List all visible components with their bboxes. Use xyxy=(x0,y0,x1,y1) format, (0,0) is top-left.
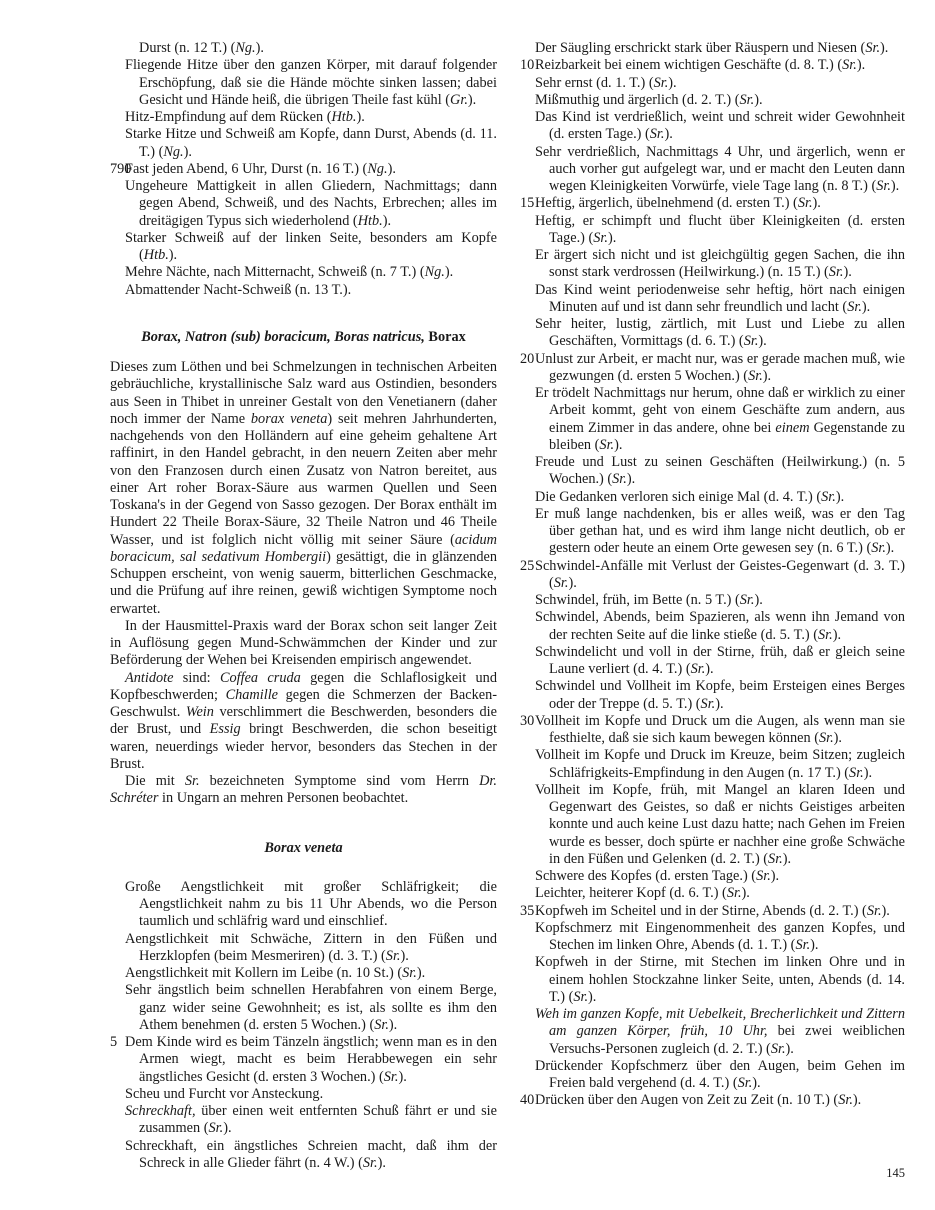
symptom-entry: Weh im ganzen Kopfe, mit Uebelkeit, Brec… xyxy=(520,1006,905,1058)
symptom-entry: Mehre Nächte, nach Mitternacht, Schweiß … xyxy=(110,264,497,281)
entry-text: Das Kind ist verdrießlich, weint und sch… xyxy=(535,109,905,142)
symptom-entry: Schwindel und Vollheit im Kopfe, beim Er… xyxy=(520,678,905,713)
entry-text: Er trödelt Nachmittags nur herum, ohne d… xyxy=(535,385,905,453)
symptom-entry-numbered: 25Schwindel-Anfälle mit Verlust der Geis… xyxy=(520,558,905,593)
entry-text: Freude und Lust zu seinen Geschäften (He… xyxy=(535,454,905,487)
symptom-entry-numbered: 15Heftig, ärgerlich, übelnehmend (d. ers… xyxy=(520,195,905,212)
entry-text: Starke Hitze und Schweiß am Kopfe, dann … xyxy=(125,126,497,159)
entry-number: 5 xyxy=(110,1034,117,1051)
symptom-list: Der Säugling erschrickt stark über Räusp… xyxy=(520,40,905,1110)
heading-common-name: Borax xyxy=(428,329,465,345)
entry-text: Weh im ganzen Kopfe, mit Uebelkeit, Brec… xyxy=(535,1006,905,1057)
symptom-entry: Abmattender Nacht-Schweiß (n. 13 T.). xyxy=(110,282,497,299)
entry-text: Aengstlichkeit mit Kollern im Leibe (n. … xyxy=(125,965,425,981)
entry-text: Ungeheure Mattigkeit in allen Gliedern, … xyxy=(125,178,497,229)
symptom-entry: Schwindel, Abends, beim Spazieren, als w… xyxy=(520,609,905,644)
entry-text: Reizbarkeit bei einem wichtigen Geschäft… xyxy=(535,57,865,73)
symptom-entry: Er muß lange nachdenken, bis er alles we… xyxy=(520,506,905,558)
entry-text: Leichter, heiterer Kopf (d. 6. T.) (Sr.)… xyxy=(535,885,750,901)
symptom-entry: Fliegende Hitze über den ganzen Körper, … xyxy=(110,57,497,109)
entry-text: Schwere des Kopfes (d. ersten Tage.) (Sr… xyxy=(535,868,779,884)
symptom-entry: Scheu und Furcht vor Ansteckung. xyxy=(110,1086,497,1103)
heading-latin-names: Borax, Natron (sub) boracicum, Boras nat… xyxy=(141,329,425,345)
symptom-entry: Der Säugling erschrickt stark über Räusp… xyxy=(520,40,905,57)
symptom-entry-numbered: 20Unlust zur Arbeit, er macht nur, was e… xyxy=(520,351,905,386)
entry-text: Schwindel-Anfälle mit Verlust der Geiste… xyxy=(535,558,905,591)
entry-text: Vollheit im Kopfe und Druck im Kreuze, b… xyxy=(535,747,905,780)
entry-text: Große Aengstlichkeit mit großer Schläfri… xyxy=(125,879,497,930)
symptom-entry: Schwere des Kopfes (d. ersten Tage.) (Sr… xyxy=(520,868,905,885)
entry-text: Schwindel, Abends, beim Spazieren, als w… xyxy=(535,609,905,642)
symptom-entry: Vollheit im Kopfe, früh, mit Mangel an k… xyxy=(520,782,905,868)
entry-text: Drücken über den Augen von Zeit zu Zeit … xyxy=(535,1092,861,1108)
section-heading-borax: Borax, Natron (sub) boracicum, Boras nat… xyxy=(110,329,497,346)
symptom-entry-numbered: 30Vollheit im Kopfe und Druck um die Aug… xyxy=(520,713,905,748)
entry-text: Schwindelicht und voll in der Stirne, fr… xyxy=(535,644,905,677)
entry-text: Die Gedanken verloren sich einige Mal (d… xyxy=(535,489,844,505)
entry-text: Er ärgert sich nicht und ist gleichgülti… xyxy=(535,247,905,280)
symptom-entry: Aengstlichkeit mit Kollern im Leibe (n. … xyxy=(110,965,497,982)
entry-text: Hitz-Empfindung auf dem Rücken (Htb.). xyxy=(125,109,365,125)
entry-text: Heftig, ärgerlich, übelnehmend (d. erste… xyxy=(535,195,821,211)
entry-text: Sehr ernst (d. 1. T.) (Sr.). xyxy=(535,75,677,91)
symptom-entry: Hitz-Empfindung auf dem Rücken (Htb.). xyxy=(110,109,497,126)
entry-text: Mißmuthig und ärgerlich (d. 2. T.) (Sr.)… xyxy=(535,92,763,108)
entry-number: 35 xyxy=(520,903,534,920)
entry-number: 790 xyxy=(110,161,131,178)
symptom-entry: Kopfweh in der Stirne, mit Stechen im li… xyxy=(520,954,905,1006)
symptom-entry: Die Gedanken verloren sich einige Mal (d… xyxy=(520,489,905,506)
entry-text: Scheu und Furcht vor Ansteckung. xyxy=(125,1086,323,1102)
entry-text: Mehre Nächte, nach Mitternacht, Schweiß … xyxy=(125,264,453,280)
symptom-entry: Sehr ernst (d. 1. T.) (Sr.). xyxy=(520,75,905,92)
entry-text: Vollheit im Kopfe, früh, mit Mangel an k… xyxy=(535,782,905,867)
entry-number: 30 xyxy=(520,713,534,730)
symptom-entry: Schwindelicht und voll in der Stirne, fr… xyxy=(520,644,905,679)
intro-paragraph: Dieses zum Löthen und bei Schmelzungen i… xyxy=(110,359,497,618)
observer-note-paragraph: Die mit Sr. bezeichneten Symptome sind v… xyxy=(110,773,497,808)
antidote-paragraph: Antidote sind: Coffea cruda gegen die Sc… xyxy=(110,670,497,774)
symptom-entry: Schreckhaft, ein ängstliches Schreien ma… xyxy=(110,1138,497,1173)
symptom-entry-numbered: 10Reizbarkeit bei einem wichtigen Geschä… xyxy=(520,57,905,74)
symptom-entry-numbered: 35Kopfweh im Scheitel und in der Stirne,… xyxy=(520,903,905,920)
entry-text: Vollheit im Kopfe und Druck um die Augen… xyxy=(535,713,905,746)
entry-text: Fast jeden Abend, 6 Uhr, Durst (n. 16 T.… xyxy=(125,161,396,177)
entry-text: Sehr verdrießlich, Nachmittags 4 Uhr, un… xyxy=(535,144,905,195)
section-heading-borax-veneta: Borax veneta xyxy=(110,840,497,857)
entry-text: Starker Schweiß auf der linken Seite, be… xyxy=(125,230,497,263)
symptom-entry: Er trödelt Nachmittags nur herum, ohne d… xyxy=(520,385,905,454)
entry-number: 20 xyxy=(520,351,534,368)
entry-number: 40 xyxy=(520,1092,534,1109)
symptom-entry: Kopfschmerz mit Eingenommenheit des ganz… xyxy=(520,920,905,955)
entry-text: Das Kind weint periodenweise sehr heftig… xyxy=(535,282,905,315)
left-column: Durst (n. 12 T.) (Ng.). Fliegende Hitze … xyxy=(110,40,497,1172)
symptom-entry: Mißmuthig und ärgerlich (d. 2. T.) (Sr.)… xyxy=(520,92,905,109)
entry-text: Unlust zur Arbeit, er macht nur, was er … xyxy=(535,351,905,384)
entry-text: Schwindel und Vollheit im Kopfe, beim Er… xyxy=(535,678,905,711)
symptom-entry-numbered: 790Fast jeden Abend, 6 Uhr, Durst (n. 16… xyxy=(110,161,497,178)
symptom-entry: Aengstlichkeit mit Schwäche, Zittern in … xyxy=(110,931,497,966)
symptom-entry: Vollheit im Kopfe und Druck im Kreuze, b… xyxy=(520,747,905,782)
entry-number: 10 xyxy=(520,57,534,74)
symptom-entry-numbered: 5Dem Kinde wird es beim Tänzeln ängstlic… xyxy=(110,1034,497,1086)
entry-text: Dem Kinde wird es beim Tänzeln ängstlich… xyxy=(125,1034,497,1085)
symptom-entry: Sehr heiter, lustig, zärtlich, mit Lust … xyxy=(520,316,905,351)
entry-text: Schwindel, früh, im Bette (n. 5 T.) (Sr.… xyxy=(535,592,763,608)
entry-text: Durst (n. 12 T.) (Ng.). xyxy=(139,40,264,56)
entry-text: Abmattender Nacht-Schweiß (n. 13 T.). xyxy=(125,282,351,298)
symptom-entry-numbered: 40Drücken über den Augen von Zeit zu Zei… xyxy=(520,1092,905,1109)
symptom-entry: Große Aengstlichkeit mit großer Schläfri… xyxy=(110,879,497,931)
symptom-entry: Heftig, er schimpft und flucht über Klei… xyxy=(520,213,905,248)
entry-text: Heftig, er schimpft und flucht über Klei… xyxy=(535,213,905,246)
entry-text: Schreckhaft, über einen weit entfernten … xyxy=(125,1103,497,1136)
entry-text: Kopfweh im Scheitel und in der Stirne, A… xyxy=(535,903,890,919)
symptom-entry: Schwindel, früh, im Bette (n. 5 T.) (Sr.… xyxy=(520,592,905,609)
household-remedy-paragraph: In der Hausmittel-Praxis ward der Borax … xyxy=(110,618,497,670)
symptom-entry: Freude und Lust zu seinen Geschäften (He… xyxy=(520,454,905,489)
right-column: Der Säugling erschrickt stark über Räusp… xyxy=(520,40,905,1110)
symptom-entry-continuation: Durst (n. 12 T.) (Ng.). xyxy=(110,40,497,57)
symptom-entry: Er ärgert sich nicht und ist gleichgülti… xyxy=(520,247,905,282)
symptom-entry: Das Kind ist verdrießlich, weint und sch… xyxy=(520,109,905,144)
entry-text: Der Säugling erschrickt stark über Räusp… xyxy=(535,40,888,56)
symptom-entry: Schreckhaft, über einen weit entfernten … xyxy=(110,1103,497,1138)
entry-text: Aengstlichkeit mit Schwäche, Zittern in … xyxy=(125,931,497,964)
symptom-entry: Sehr verdrießlich, Nachmittags 4 Uhr, un… xyxy=(520,144,905,196)
entry-number: 15 xyxy=(520,195,534,212)
entry-text: Sehr heiter, lustig, zärtlich, mit Lust … xyxy=(535,316,905,349)
symptom-entry: Sehr ängstlich beim schnellen Herabfahre… xyxy=(110,982,497,1034)
symptom-entry: Leichter, heiterer Kopf (d. 6. T.) (Sr.)… xyxy=(520,885,905,902)
entry-text: Fliegende Hitze über den ganzen Körper, … xyxy=(125,57,497,108)
symptom-entry: Starke Hitze und Schweiß am Kopfe, dann … xyxy=(110,126,497,161)
symptom-entry: Drückender Kopfschmerz über den Augen, b… xyxy=(520,1058,905,1093)
symptom-entry: Ungeheure Mattigkeit in allen Gliedern, … xyxy=(110,178,497,230)
entry-text: Sehr ängstlich beim schnellen Herabfahre… xyxy=(125,982,497,1033)
symptom-entry: Starker Schweiß auf der linken Seite, be… xyxy=(110,230,497,265)
entry-text: Schreckhaft, ein ängstliches Schreien ma… xyxy=(125,1138,497,1171)
symptom-entry: Das Kind weint periodenweise sehr heftig… xyxy=(520,282,905,317)
page-number: 145 xyxy=(886,1166,905,1181)
entry-text: Drückender Kopfschmerz über den Augen, b… xyxy=(535,1058,905,1091)
entry-text: Kopfweh in der Stirne, mit Stechen im li… xyxy=(535,954,905,1005)
entry-text: Kopfschmerz mit Eingenommenheit des ganz… xyxy=(535,920,905,953)
entry-text: Er muß lange nachdenken, bis er alles we… xyxy=(535,506,905,557)
entry-number: 25 xyxy=(520,558,534,575)
